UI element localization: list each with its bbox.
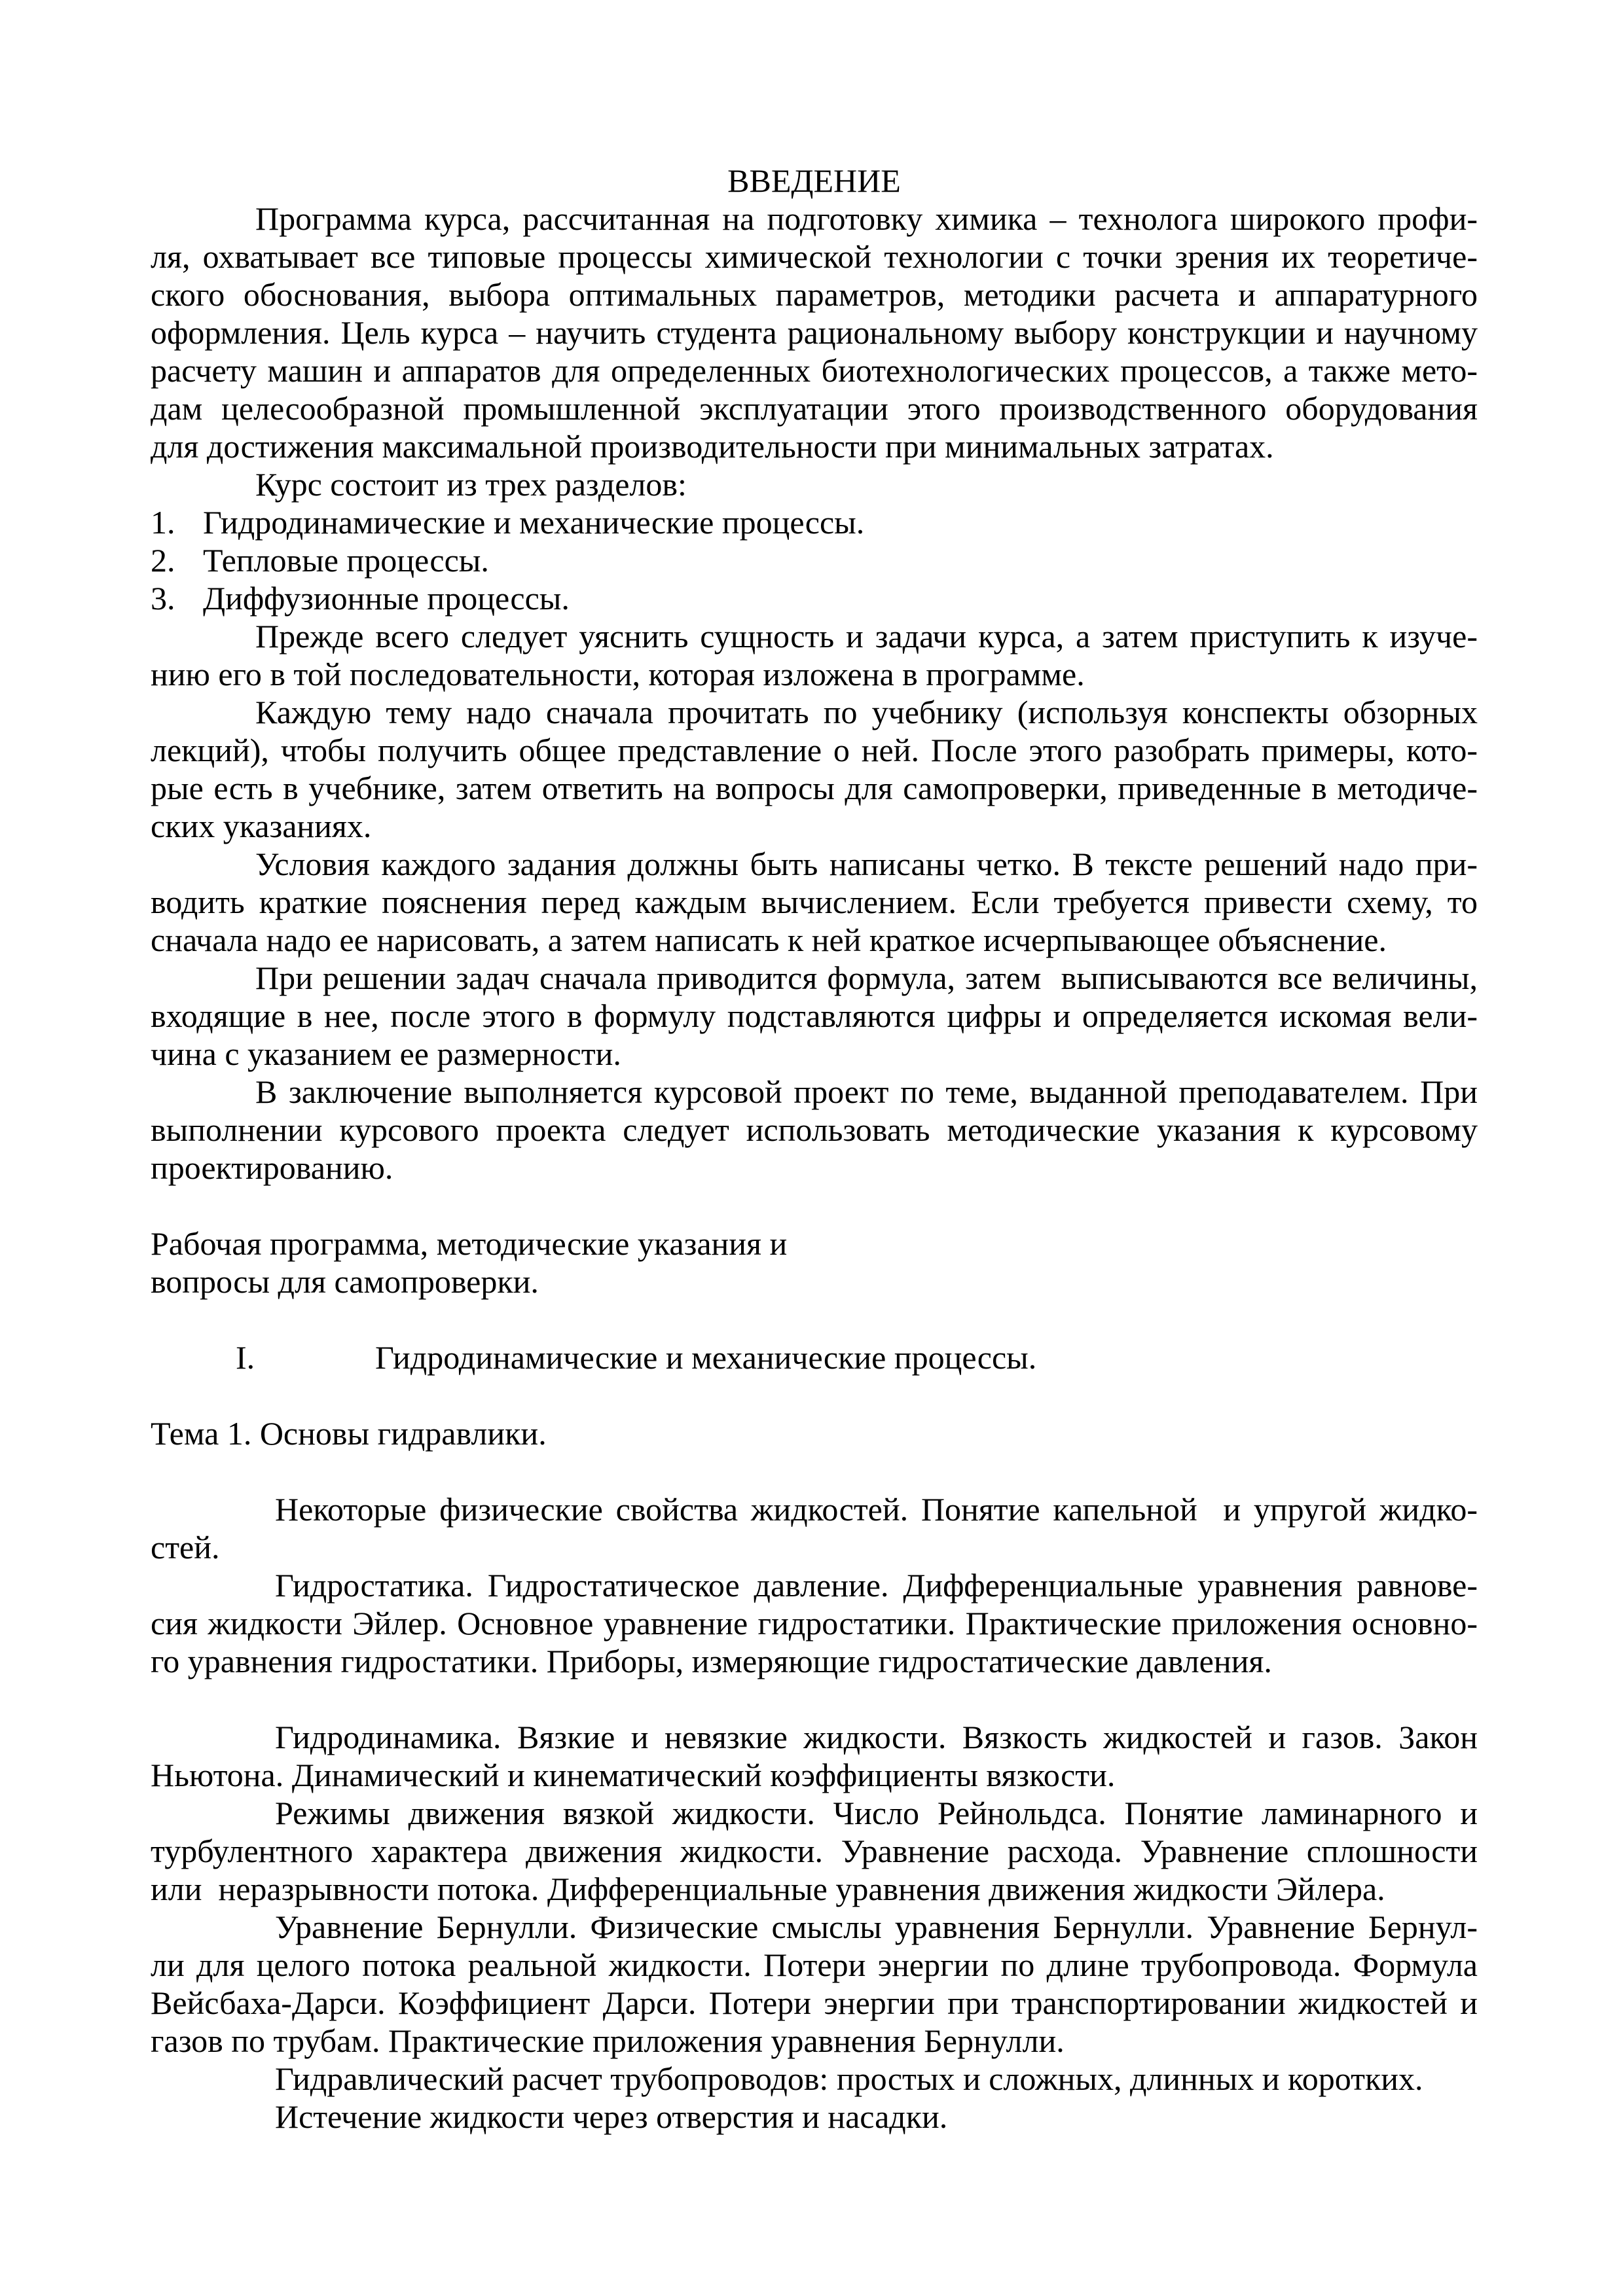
text-line: Программа курса, рассчитанная на подгото… [151, 200, 1478, 238]
text-line: сия жидкости Эйлер. Основное уравнение г… [151, 1604, 1478, 1642]
text-line: выполнении курсового проекта следует исп… [151, 1111, 1478, 1149]
text-line: В заключение выполняется курсовой проект… [151, 1073, 1478, 1111]
list-item-number: 1. [151, 503, 203, 541]
text-line: Уравнение Бернулли. Физические смыслы ур… [151, 1908, 1478, 1946]
paragraph-course-project: В заключение выполняется курсовой проект… [151, 1073, 1478, 1187]
page-title: ВВЕДЕНИЕ [151, 162, 1478, 200]
text-line: для достижения максимальной производител… [151, 427, 1478, 465]
text-line: Каждую тему надо сначала прочитать по уч… [151, 693, 1478, 731]
paragraph-task-requirements: Условия каждого задания должны быть напи… [151, 845, 1478, 959]
text-line: газов по трубам. Практические приложения… [151, 2022, 1478, 2060]
work-program-note: Рабочая программа, методические указания… [151, 1225, 1478, 1300]
paragraph-flow-regimes: Режимы движения вязкой жидкости. Число Р… [151, 1794, 1478, 1908]
list-item-number: 3. [151, 579, 203, 617]
paragraph-course-structure: Курс состоит из трех разделов: [151, 465, 1478, 503]
text-line: Условия каждого задания должны быть напи… [151, 845, 1478, 883]
text-line: ских указаниях. [151, 807, 1478, 845]
line-liquid-outflow: Истечение жидкости через отверстия и нас… [151, 2098, 1478, 2136]
text-line: ли для целого потока реальной жидкости. … [151, 1946, 1478, 1984]
text-line: входящие в нее, после этого в формулу по… [151, 997, 1478, 1035]
text-line: вопросы для самопроверки. [151, 1263, 1478, 1300]
section-heading-1: I.Гидродинамические и механические проце… [151, 1338, 1478, 1376]
list-item: 2. Тепловые процессы. [151, 541, 1478, 579]
list-item-label: Диффузионные процессы. [203, 579, 570, 617]
text-line: Некоторые физические свойства жидкостей.… [151, 1490, 1478, 1528]
blank-line [151, 1300, 1478, 1338]
paragraph-hydrostatics: Гидростатика. Гидростатическое давление.… [151, 1566, 1478, 1680]
text-line: Рабочая программа, методические указания… [151, 1225, 1478, 1263]
paragraph-course-overview: Программа курса, рассчитанная на подгото… [151, 200, 1478, 465]
text-line: сначала надо ее нарисовать, а затем напи… [151, 921, 1478, 959]
blank-line [151, 1187, 1478, 1225]
list-item: 3. Диффузионные процессы. [151, 579, 1478, 617]
text-line: лекций), чтобы получить общее представле… [151, 731, 1478, 769]
paragraph-solution-format: При решении задач сначала приводится фор… [151, 959, 1478, 1073]
text-line: водить краткие пояснения перед каждым вы… [151, 883, 1478, 921]
list-item-label: Тепловые процессы. [203, 541, 489, 579]
paragraph-liquid-properties: Некоторые физические свойства жидкостей.… [151, 1490, 1478, 1566]
section-number: I. [236, 1338, 375, 1376]
text-line: турбулентного характера движения жидкост… [151, 1832, 1478, 1870]
section-title: Гидродинамические и механические процесс… [375, 1339, 1036, 1376]
text-line: расчету машин и аппаратов для определенн… [151, 351, 1478, 389]
text-line: стей. [151, 1528, 1478, 1566]
text-line: ля, охватывает все типовые процессы хими… [151, 238, 1478, 276]
text-line: ского обоснования, выбора оптимальных па… [151, 276, 1478, 314]
blank-line [151, 1376, 1478, 1414]
paragraph-hydrodynamics: Гидродинамика. Вязкие и невязкие жидкост… [151, 1718, 1478, 1794]
text-line: или неразрывности потока. Дифференциальн… [151, 1870, 1478, 1908]
text-line: Ньютона. Динамический и кинематический к… [151, 1756, 1478, 1794]
text-line: нию его в той последовательности, котора… [151, 655, 1478, 693]
paragraph-study-method: Каждую тему надо сначала прочитать по уч… [151, 693, 1478, 845]
text-line: При решении задач сначала приводится фор… [151, 959, 1478, 997]
list-item-number: 2. [151, 541, 203, 579]
text-line: оформления. Цель курса – научить студент… [151, 314, 1478, 351]
blank-line [151, 1452, 1478, 1490]
paragraph-bernoulli: Уравнение Бернулли. Физические смыслы ур… [151, 1908, 1478, 2060]
text-line: Гидродинамика. Вязкие и невязкие жидкост… [151, 1718, 1478, 1756]
theme-1-heading: Тема 1. Основы гидравлики. [151, 1414, 1478, 1452]
list-item-label: Гидродинамические и механические процесс… [203, 503, 864, 541]
text-line: проектированию. [151, 1149, 1478, 1187]
text-line: Прежде всего следует уяснить сущность и … [151, 617, 1478, 655]
text-line: го уравнения гидростатики. Приборы, изме… [151, 1642, 1478, 1680]
text-line: Вейсбаха-Дарси. Коэффициент Дарси. Потер… [151, 1984, 1478, 2022]
document-page: ВВЕДЕНИЕ Программа курса, рассчитанная н… [0, 0, 1623, 2296]
text-line: дам целесообразной промышленной эксплуат… [151, 389, 1478, 427]
line-pipeline-calculation: Гидравлический расчет трубопроводов: про… [151, 2060, 1478, 2098]
text-line: Режимы движения вязкой жидкости. Число Р… [151, 1794, 1478, 1832]
text-line: Гидростатика. Гидростатическое давление.… [151, 1566, 1478, 1604]
text-line: рые есть в учебнике, затем ответить на в… [151, 769, 1478, 807]
text-line: чина с указанием ее размерности. [151, 1035, 1478, 1073]
paragraph-study-order: Прежде всего следует уяснить сущность и … [151, 617, 1478, 693]
blank-line [151, 1680, 1478, 1718]
course-sections-list: 1. Гидродинамические и механические проц… [151, 503, 1478, 617]
list-item: 1. Гидродинамические и механические проц… [151, 503, 1478, 541]
